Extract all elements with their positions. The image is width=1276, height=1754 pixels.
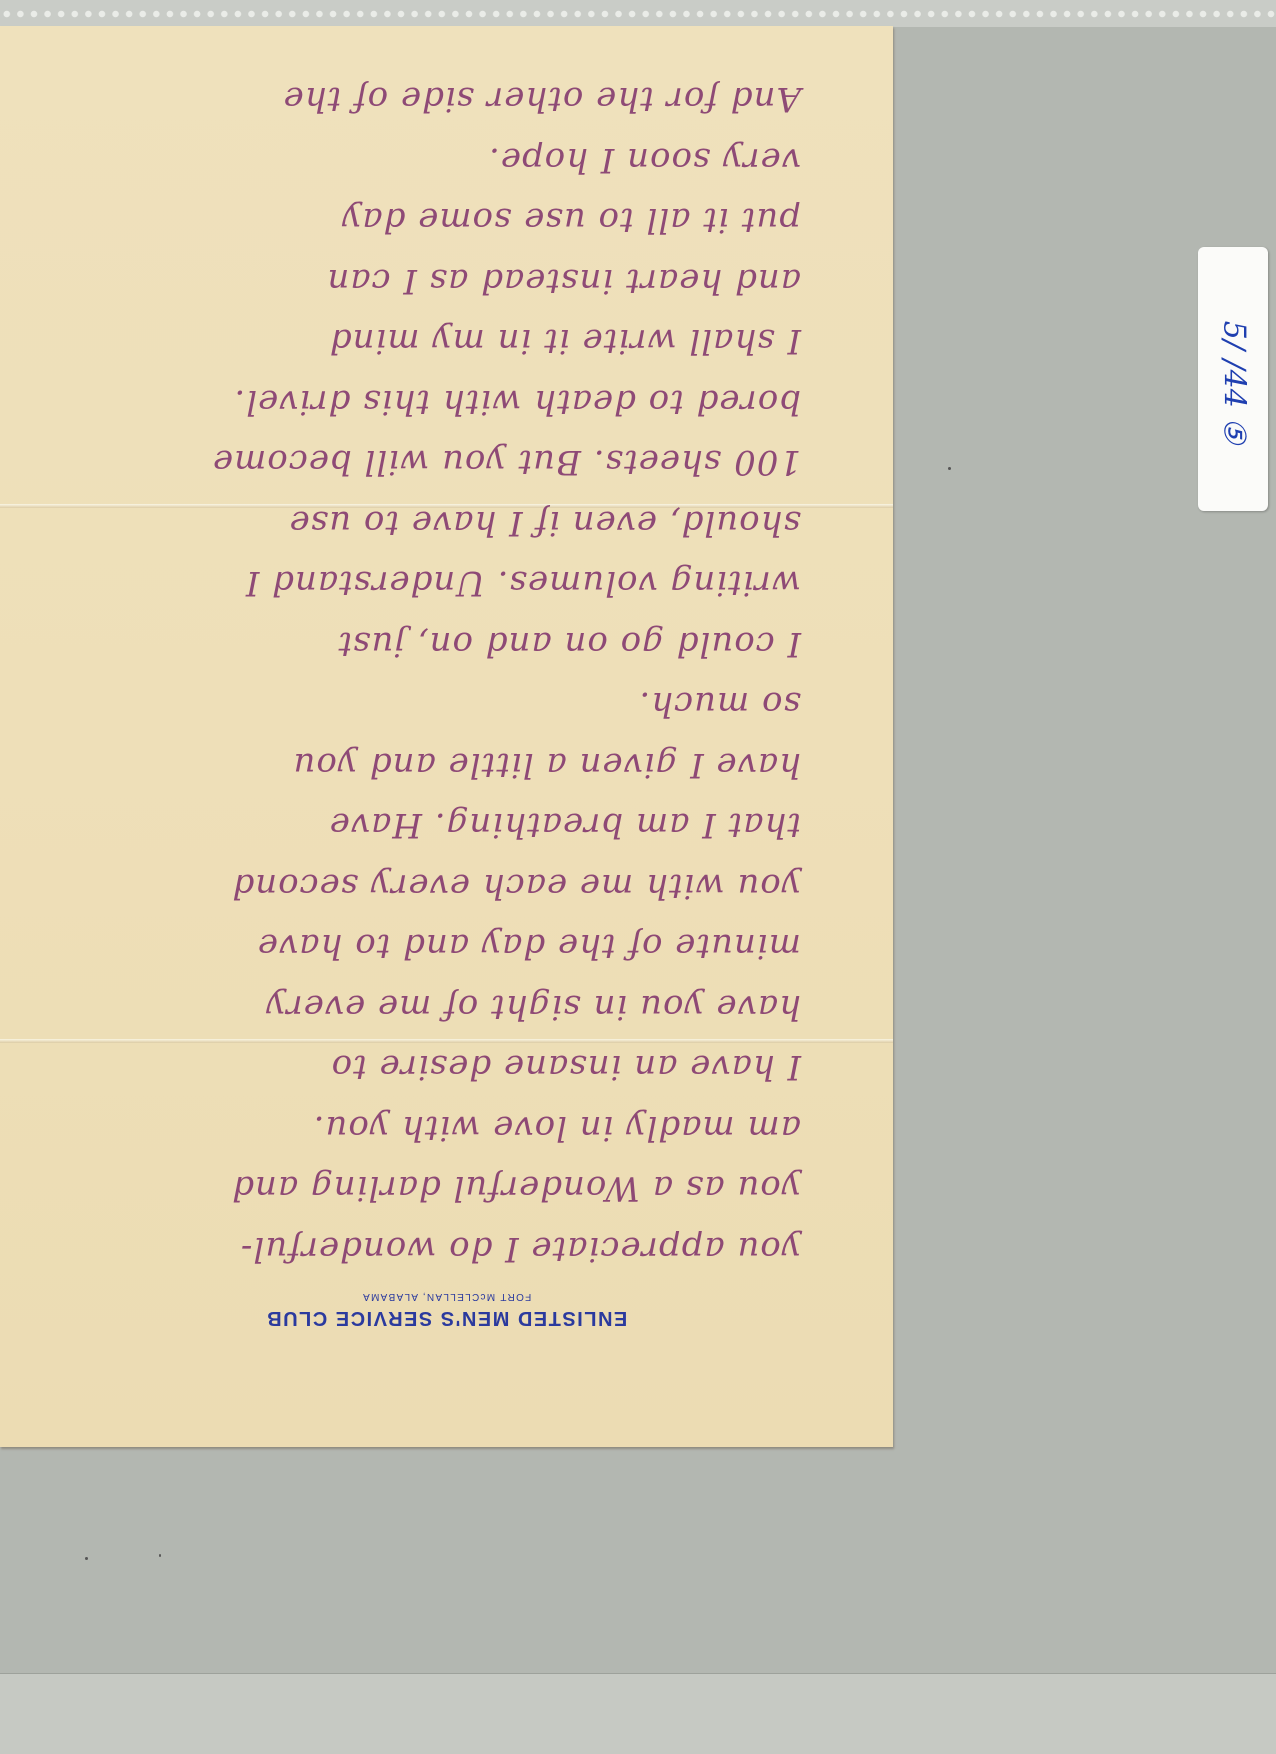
handwritten-line: bored to death with this drivel. [21, 372, 801, 433]
handwritten-line: minute of the day and to have [21, 916, 801, 977]
dust-speck [159, 1554, 161, 1557]
letterhead-title: ENLISTED MEN'S SERVICE CLUB [0, 1306, 893, 1329]
handwritten-line: you with me each every second [21, 856, 801, 917]
handwritten-line: and heart instead as I can [21, 251, 801, 312]
handwritten-line: I could go on and on, just [21, 614, 801, 675]
handwritten-line: am madly in love with you. [21, 1098, 801, 1159]
handwritten-line: very soon I hope. [21, 130, 801, 191]
scanner-sleeve-top [0, 0, 1276, 27]
letter-page: ENLISTED MEN'S SERVICE CLUB FORT McCLELL… [0, 26, 893, 1447]
archive-tag-text: 5/ /44 ⑤ [1217, 251, 1252, 515]
rotated-letter-content: ENLISTED MEN'S SERVICE CLUB FORT McCLELL… [0, 26, 893, 1447]
archive-tag: 5/ /44 ⑤ [1198, 247, 1268, 511]
handwritten-line: you appreciate I do wonderful- [21, 1219, 801, 1280]
letterhead-subtitle: FORT McCLELLAN, ALABAMA [0, 1291, 893, 1302]
scanner-bed-lower-band [0, 1673, 1276, 1754]
handwritten-line: that I am breathing. Have [21, 795, 801, 856]
handwritten-body: you appreciate I do wonderful- you as a … [21, 69, 801, 1279]
handwritten-line: I have an insane desire to [21, 1037, 801, 1098]
handwritten-line: have I given a little and you [21, 735, 801, 796]
handwritten-line: put it all to use some day [21, 190, 801, 251]
handwritten-line: And for the other side of the [21, 69, 801, 130]
handwritten-line: writing volumes. Understand I [21, 553, 801, 614]
sleeve-perforation [0, 9, 1276, 19]
handwritten-line: should, even if I have to use [21, 493, 801, 554]
dust-speck [85, 1557, 88, 1560]
handwritten-line: you as a Wonderful darling and [21, 1158, 801, 1219]
handwritten-line: 100 sheets. But you will become [21, 432, 801, 493]
dust-speck [948, 467, 951, 470]
handwritten-line: I shall write it in my mind [21, 311, 801, 372]
handwritten-line: have you in sight of me every [21, 977, 801, 1038]
handwritten-line: so much. [21, 674, 801, 735]
letterhead: ENLISTED MEN'S SERVICE CLUB FORT McCLELL… [0, 1291, 893, 1329]
